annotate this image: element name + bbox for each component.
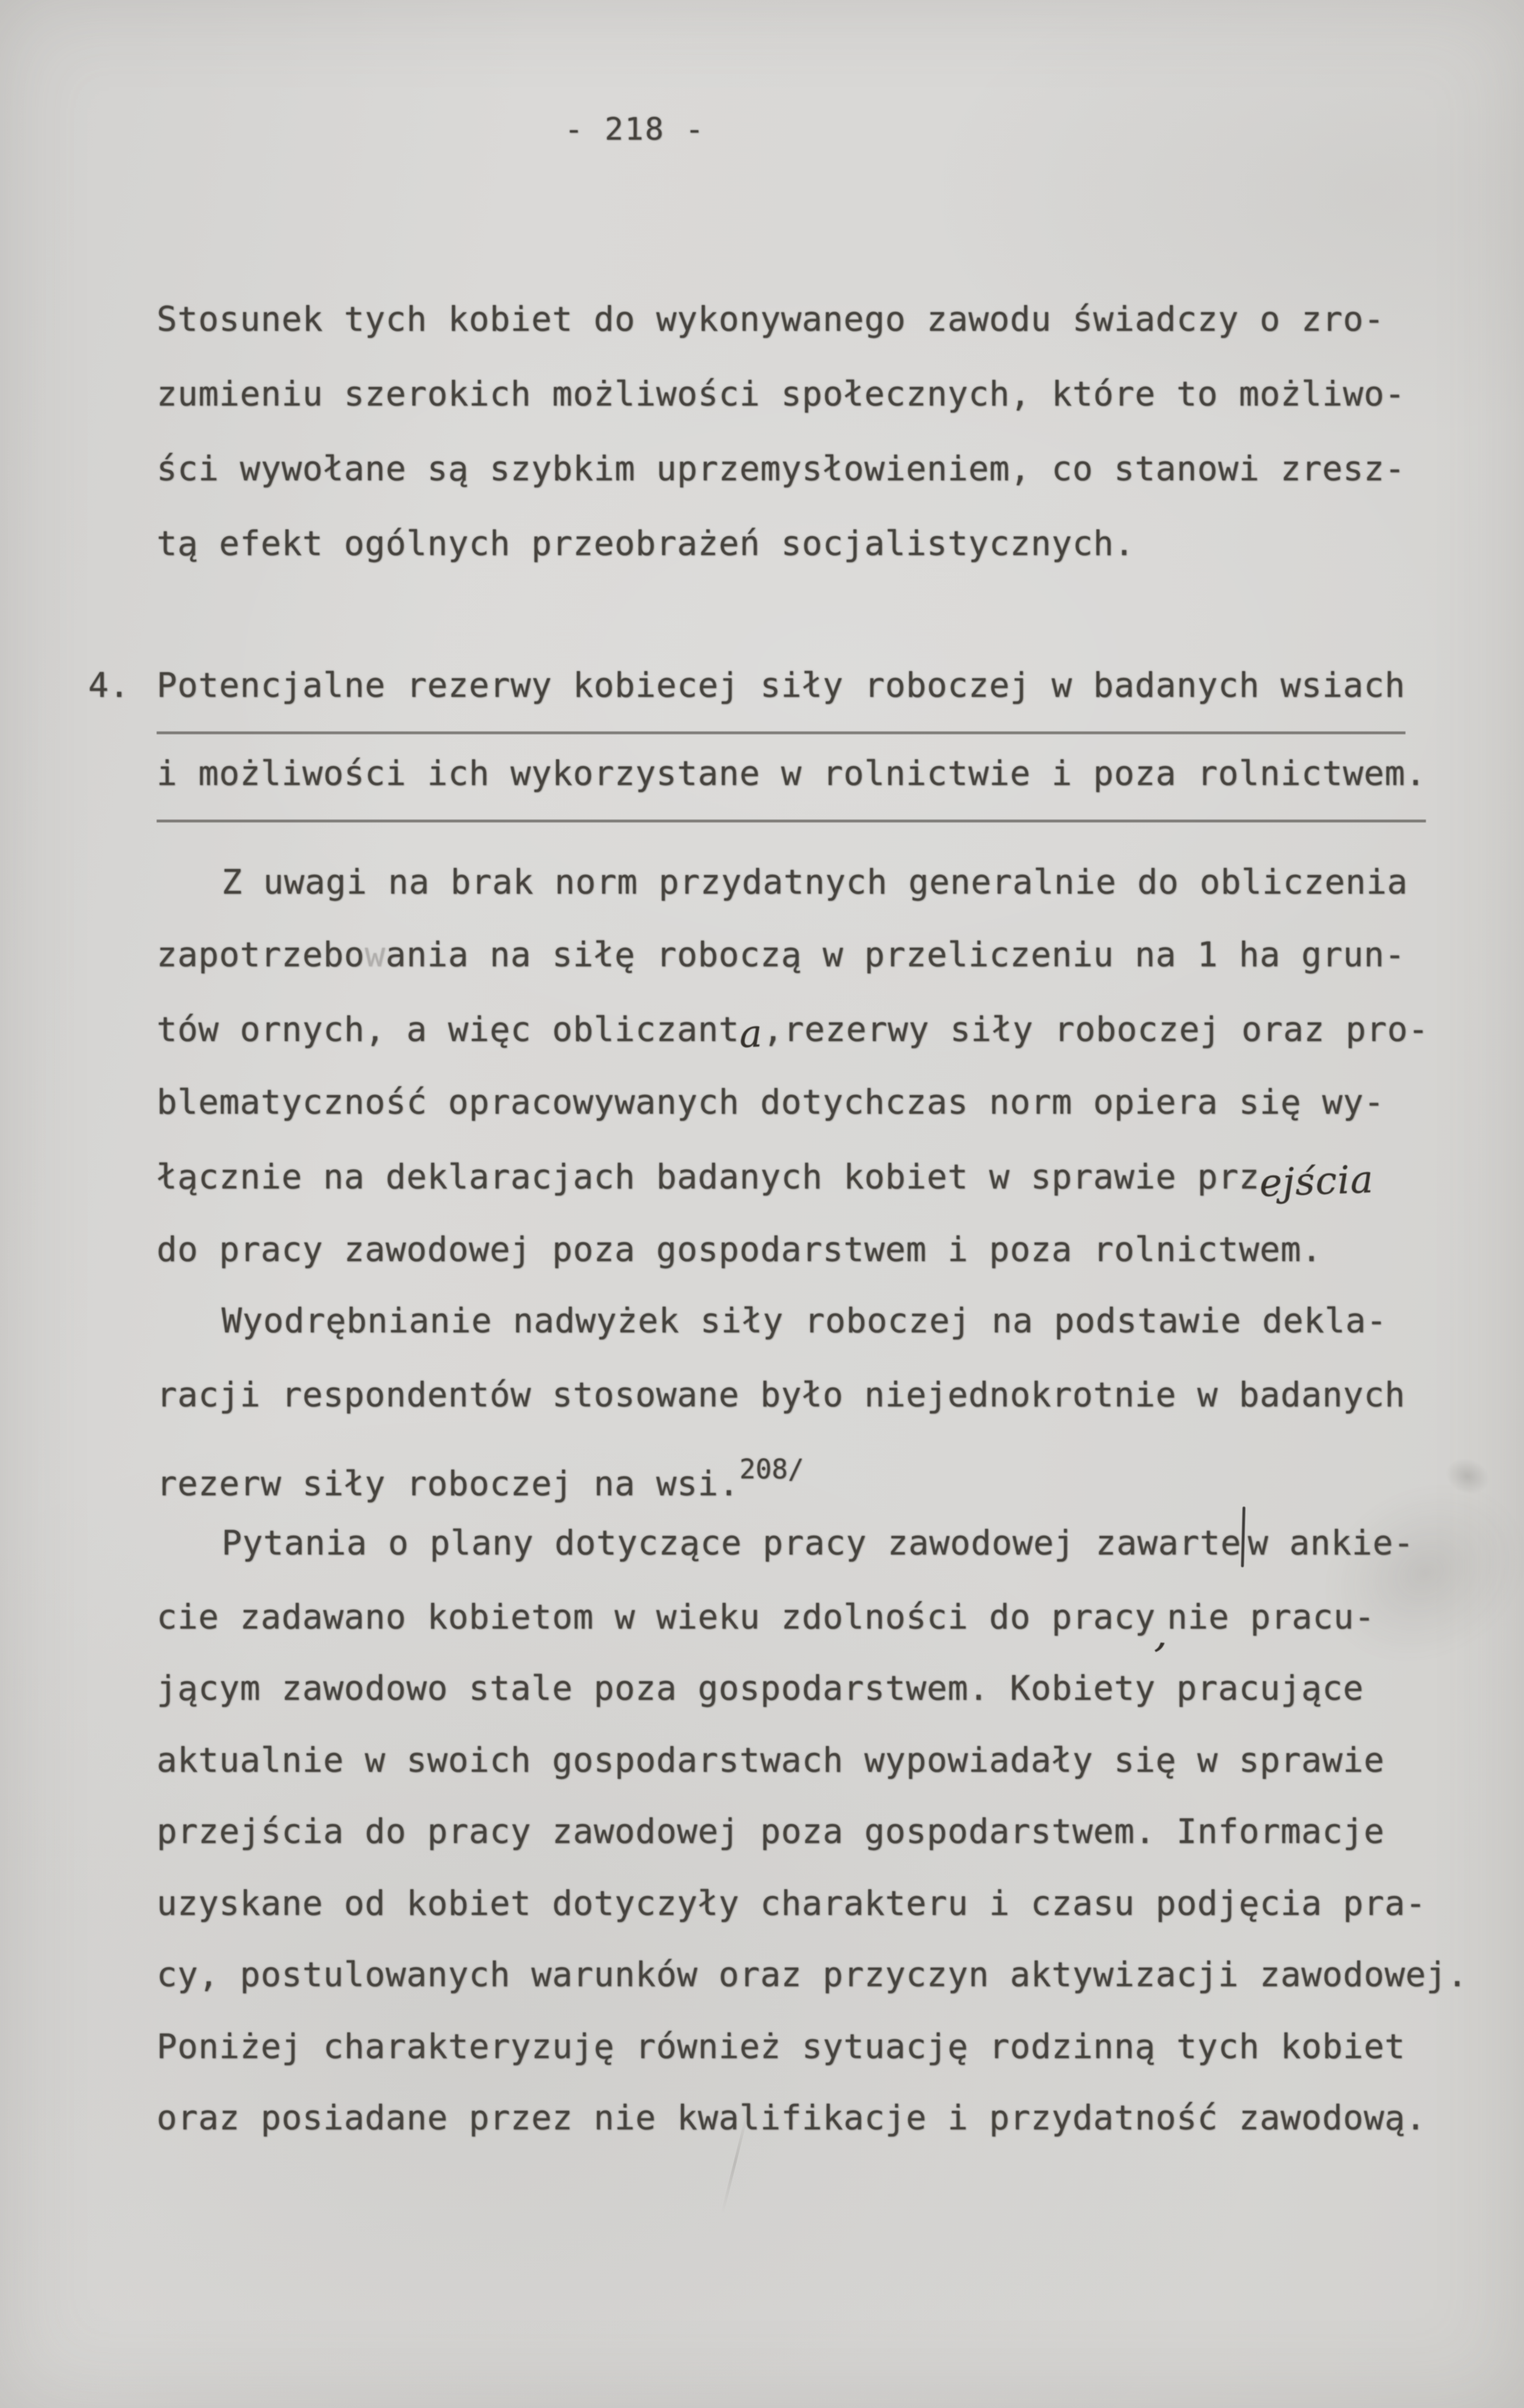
text-line: cy, postulowanych warunków oraz przyczyn… [157, 1940, 1468, 2012]
text-line: oraz posiadane przez nie kwalifikacje i … [157, 2083, 1468, 2155]
text-line: jącym zawodowo stale poza gospodarstwem.… [157, 1653, 1468, 1725]
typed-text: aktualnie w swoich gospodarstwach wypowi… [157, 1741, 1384, 1780]
text-line: uzyskane od kobiet dotyczyły charakteru … [157, 1868, 1468, 1940]
text-line: Wyodrębnianie nadwyżek siły roboczej na … [157, 1284, 1405, 1358]
heading-number: 4. [88, 646, 130, 725]
pen-stroke-mark [1241, 1507, 1245, 1567]
typed-text: Stosunek tych kobiet do wykonywanego zaw… [157, 300, 1384, 339]
typed-text: ania na siłę roboczą w przeliczeniu na 1… [385, 935, 1405, 975]
handwritten-correction: ejścia [1259, 1143, 1376, 1220]
typed-text: ści wywołane są szybkim uprzemysłowienie… [157, 449, 1405, 489]
text-line: przejścia do pracy zawodowej poza gospod… [157, 1796, 1468, 1868]
typed-text: racji respondentów stosowane było niejed… [157, 1375, 1405, 1415]
section-heading: 4.Potencjalne rezerwy kobiecej siły robo… [157, 646, 1426, 822]
typed-text: do pracy zawodowej poza gospodarstwem i … [157, 1230, 1322, 1270]
text-line: łącznie na deklaracjach badanych kobiet … [157, 1139, 1429, 1214]
typed-text: zumieniu szerokich możliwości społecznyc… [157, 375, 1405, 414]
typed-text: i możliwości ich wykorzystane w rolnictw… [157, 754, 1426, 793]
typed-text: łącznie na deklaracjach badanych kobiet … [157, 1157, 1259, 1197]
typed-text: cie zadawano kobietom w wieku zdolności … [157, 1598, 1156, 1637]
typed-text: cy, postulowanych warunków oraz przyczyn… [157, 1955, 1468, 1995]
typed-text: w [365, 935, 386, 975]
typed-text: uzyskane od kobiet dotyczyły charakteru … [157, 1884, 1426, 1923]
text-line: Potencjalne rezerwy kobiecej siły robocz… [157, 646, 1426, 734]
paragraph-1: Stosunek tych kobiet do wykonywanego zaw… [157, 282, 1405, 581]
typed-text: zapotrzebo [157, 935, 365, 975]
paragraph-2: Z uwagi na brak norm przydatnych general… [157, 846, 1429, 1287]
typed-text: ,rezerwy siły roboczej oraz pro- [763, 1010, 1429, 1050]
typed-text: tów ornych, a więc obliczant [157, 1010, 739, 1050]
text-line: Z uwagi na brak norm przydatnych general… [157, 846, 1429, 919]
text-line: Stosunek tych kobiet do wykonywanego zaw… [157, 282, 1405, 357]
typed-text: 208/ [739, 1454, 804, 1485]
typed-text: blematyczność opracowywanych dotychczas … [157, 1083, 1384, 1122]
typed-text: tą efekt ogólnych przeobrażeń socjalisty… [157, 524, 1135, 564]
text-line: tów ornych, a więc obliczanta,rezerwy si… [157, 992, 1429, 1066]
text-blocks: Stosunek tych kobiet do wykonywanego zaw… [0, 0, 1524, 2408]
paragraph-3: Wyodrębnianie nadwyżek siły roboczej na … [157, 1284, 1405, 1521]
typed-text: jącym zawodowo stale poza gospodarstwem.… [157, 1669, 1364, 1708]
text-line: blematyczność opracowywanych dotychczas … [157, 1066, 1429, 1139]
typed-text: rezerw siły roboczej na wsi. [157, 1464, 739, 1504]
typed-text: Poniżej charakteryzuję również sytuację … [157, 2027, 1405, 2067]
typed-text: Pytania o plany dotyczące pracy zawodowe… [222, 1524, 1241, 1563]
handwritten-correction: a [738, 997, 764, 1070]
text-line: zapotrzebowania na siłę roboczą w przeli… [157, 919, 1429, 992]
text-line: ści wywołane są szybkim uprzemysłowienie… [157, 432, 1405, 506]
text-line: zumieniu szerokich możliwości społecznyc… [157, 357, 1405, 432]
text-line: do pracy zawodowej poza gospodarstwem i … [157, 1214, 1429, 1287]
typed-text: Wyodrębnianie nadwyżek siły roboczej na … [222, 1301, 1387, 1341]
typed-text: oraz posiadane przez nie kwalifikacje i … [157, 2098, 1426, 2138]
text-line: racji respondentów stosowane było niejed… [157, 1358, 1405, 1433]
paragraph-4: Pytania o plany dotyczące pracy zawodowe… [157, 1507, 1468, 2155]
typed-text: Potencjalne rezerwy kobiecej siły robocz… [157, 666, 1405, 705]
text-line: Pytania o plany dotyczące pracy zawodowe… [157, 1507, 1468, 1580]
text-line: Poniżej charakteryzuję również sytuację … [157, 2012, 1468, 2084]
scanned-page: - 218 - Stosunek tych kobiet do wykonywa… [0, 0, 1524, 2408]
text-line: aktualnie w swoich gospodarstwach wypowi… [157, 1725, 1468, 1797]
typed-text: przejścia do pracy zawodowej poza gospod… [157, 1812, 1384, 1851]
text-line: cie zadawano kobietom w wieku zdolności … [157, 1580, 1468, 1654]
text-line: tą efekt ogólnych przeobrażeń socjalisty… [157, 506, 1405, 581]
text-line: i możliwości ich wykorzystane w rolnictw… [157, 734, 1426, 822]
typed-text: Z uwagi na brak norm przydatnych general… [222, 863, 1408, 902]
